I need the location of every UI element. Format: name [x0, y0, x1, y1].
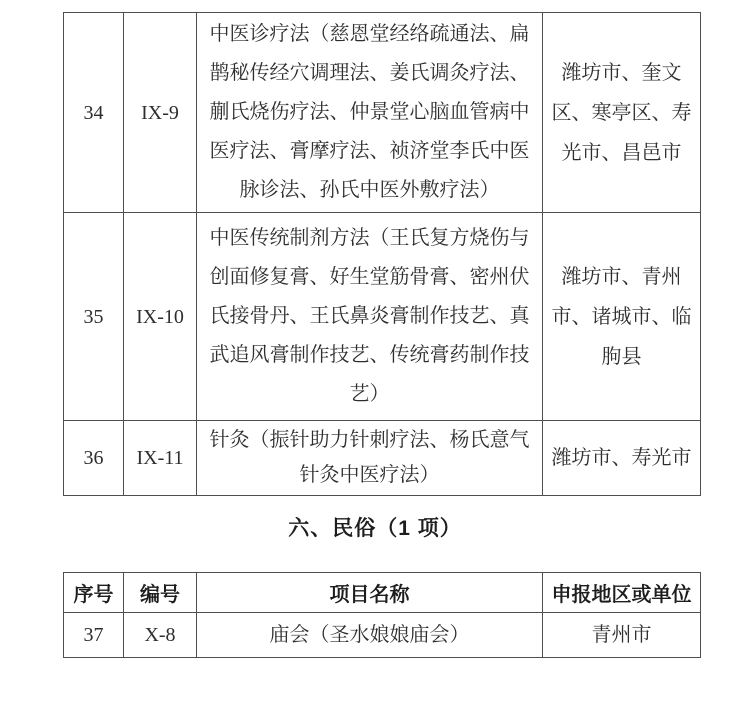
header-name: 项目名称: [197, 573, 543, 613]
section-heading: 六、民俗（1 项）: [0, 512, 750, 542]
table-header-row: 序号 编号 项目名称 申报地区或单位: [64, 573, 701, 613]
table-row-34: 34 IX-9 中医诊疗法（慈恩堂经络疏通法、扁鹊秘传经穴调理法、姜氏调灸疗法、…: [64, 13, 701, 213]
region-cell: 潍坊市、青州市、诸城市、临朐县: [543, 213, 701, 421]
seq-cell: 37: [64, 613, 124, 658]
project-name-cell: 中医诊疗法（慈恩堂经络疏通法、扁鹊秘传经穴调理法、姜氏调灸疗法、蒯氏烧伤疗法、仲…: [197, 13, 543, 213]
document-page: 34 IX-9 中医诊疗法（慈恩堂经络疏通法、扁鹊秘传经穴调理法、姜氏调灸疗法、…: [0, 0, 750, 702]
seq-cell: 34: [64, 13, 124, 213]
project-name-cell: 针灸（振针助力针刺疗法、杨氏意气针灸中医疗法）: [197, 421, 543, 496]
code-cell: IX-10: [124, 213, 197, 421]
seq-cell: 35: [64, 213, 124, 421]
code-cell: X-8: [124, 613, 197, 658]
header-region: 申报地区或单位: [543, 573, 701, 613]
header-seq: 序号: [64, 573, 124, 613]
header-code: 编号: [124, 573, 197, 613]
seq-cell: 36: [64, 421, 124, 496]
folk-customs-table: 序号 编号 项目名称 申报地区或单位 37 X-8 庙会（圣水娘娘庙会） 青州市: [63, 572, 701, 658]
code-cell: IX-11: [124, 421, 197, 496]
project-name-cell: 庙会（圣水娘娘庙会）: [197, 613, 543, 658]
region-cell: 潍坊市、奎文区、寒亭区、寿光市、昌邑市: [543, 13, 701, 213]
table-row-37: 37 X-8 庙会（圣水娘娘庙会） 青州市: [64, 613, 701, 658]
code-cell: IX-9: [124, 13, 197, 213]
table-row-36: 36 IX-11 针灸（振针助力针刺疗法、杨氏意气针灸中医疗法） 潍坊市、寿光市: [64, 421, 701, 496]
region-cell: 潍坊市、寿光市: [543, 421, 701, 496]
heritage-table-continued: 34 IX-9 中医诊疗法（慈恩堂经络疏通法、扁鹊秘传经穴调理法、姜氏调灸疗法、…: [63, 12, 701, 496]
table-row-35: 35 IX-10 中医传统制剂方法（王氏复方烧伤与创面修复膏、好生堂筋骨膏、密州…: [64, 213, 701, 421]
project-name-cell: 中医传统制剂方法（王氏复方烧伤与创面修复膏、好生堂筋骨膏、密州伏氏接骨丹、王氏鼻…: [197, 213, 543, 421]
region-cell: 青州市: [543, 613, 701, 658]
